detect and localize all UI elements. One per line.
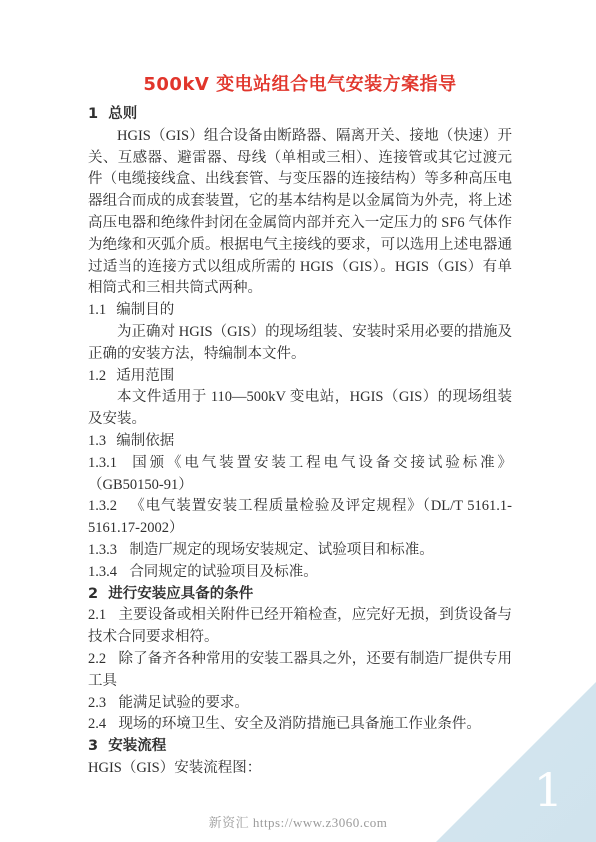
section-number: 3 [88,738,98,754]
paragraph: 本文件适用于 110—500kV 变电站，HGIS（GIS）的现场组装及安装。 [88,387,512,431]
section-heading: 2进行安装应具备的条件 [88,584,512,606]
document-page: 500kV 变电站组合电气安装方案指导 1总则 HGIS（GIS）组合设备由断路… [0,0,596,842]
item-number: 2.1 [88,607,106,623]
list-item: 1.3.3制造厂规定的现场安装规定、试验项目和标准。 [88,540,512,562]
section-number: 1 [88,106,98,122]
item-text: 合同规定的试验项目及标准。 [129,564,318,580]
item-text: 现场的环境卫生、安全及消防措施已具备施工作业条件。 [118,716,481,732]
list-item: 1.3.2《电气装置安装工程质量检验及评定规程》（DL/T 5161.1-516… [88,496,512,540]
section-heading: 3安装流程 [88,736,512,758]
paragraph: HGIS（GIS）组合设备由断路器、隔离开关、接地（快速）开关、互感器、避雷器、… [88,126,512,300]
list-item: 2.3能满足试验的要求。 [88,693,512,715]
list-item: 2.2除了备齐各种常用的安装工器具之外，还要有制造厂提供专用工具 [88,649,512,693]
section-heading-text: 总则 [108,106,137,122]
list-item: 2.4现场的环境卫生、安全及消防措施已具备施工作业条件。 [88,714,512,736]
item-number: 2.2 [88,651,106,667]
item-number: 1.3.4 [88,564,117,580]
item-text: 《电气装置安装工程质量检验及评定规程》（DL/T 5161.1-5161.17-… [88,498,512,536]
subsection-number: 1.2 [88,368,106,384]
subsection-heading: 1.1编制目的 [88,300,512,322]
footer-watermark: 新资汇 https://www.z3060.com [0,812,596,831]
list-item: 2.1主要设备或相关附件已经开箱检查，应完好无损，到货设备与技术合同要求相符。 [88,605,512,649]
subsection-number: 1.3 [88,433,106,449]
document-body: 500kV 变电站组合电气安装方案指导 1总则 HGIS（GIS）组合设备由断路… [88,71,512,780]
subsection-number: 1.1 [88,302,106,318]
subsection-heading-text: 编制依据 [116,433,174,449]
item-text: 除了备齐各种常用的安装工器具之外，还要有制造厂提供专用工具 [88,651,512,689]
item-number: 2.4 [88,716,106,732]
item-number: 2.3 [88,695,106,711]
list-item: 1.3.4合同规定的试验项目及标准。 [88,562,512,584]
item-text: 能满足试验的要求。 [118,695,249,711]
list-item: 1.3.1国颁《电气装置安装工程电气设备交接试验标准》（GB50150-91） [88,453,512,497]
subsection-heading-text: 适用范围 [116,368,174,384]
section-heading: 1总则 [88,104,512,126]
page-title: 500kV 变电站组合电气安装方案指导 [88,71,512,98]
paragraph: 为正确对 HGIS（GIS）的现场组装、安装时采用必要的措施及正确的安装方法，特… [88,322,512,366]
item-text: 制造厂规定的现场安装规定、试验项目和标准。 [129,542,434,558]
item-number: 1.3.3 [88,542,117,558]
subsection-heading: 1.3编制依据 [88,431,512,453]
section-heading-text: 进行安装应具备的条件 [108,586,253,602]
item-text: 国颁《电气装置安装工程电气设备交接试验标准》（GB50150-91） [88,455,512,493]
subsection-heading: 1.2适用范围 [88,366,512,388]
page-number: 1 [534,767,563,813]
section-number: 2 [88,586,98,602]
section-heading-text: 安装流程 [108,738,166,754]
paragraph: HGIS（GIS）安装流程图： [88,758,512,780]
item-number: 1.3.2 [88,498,117,514]
subsection-heading-text: 编制目的 [116,302,174,318]
item-text: 主要设备或相关附件已经开箱检查，应完好无损，到货设备与技术合同要求相符。 [88,607,512,645]
item-number: 1.3.1 [88,455,117,471]
